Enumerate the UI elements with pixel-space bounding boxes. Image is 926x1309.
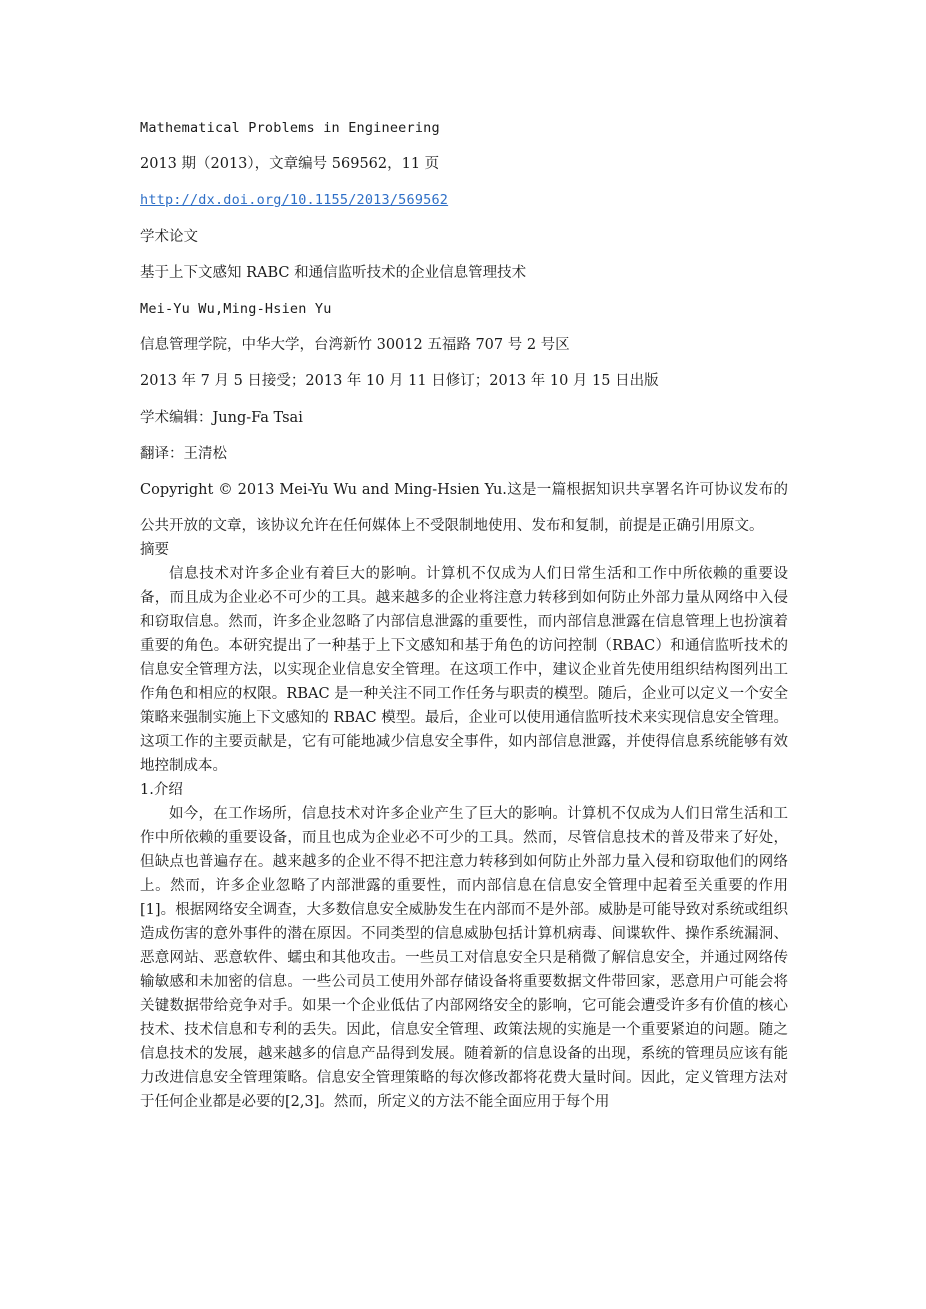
journal-name: Mathematical Problems in Engineering (140, 118, 788, 138)
issue-info: 2013 期（2013），文章编号 569562，11 页 (140, 154, 788, 174)
document-page: Mathematical Problems in Engineering 201… (140, 118, 788, 1114)
introduction-heading: 1.介绍 (140, 778, 788, 802)
introduction-body: 如今，在工作场所，信息技术对许多企业产生了巨大的影响。计算机不仅成为人们日常生活… (140, 802, 788, 1114)
copyright-notice: Copyright © 2013 Mei-Yu Wu and Ming-Hsie… (140, 472, 788, 545)
affiliation: 信息管理学院，中华大学，台湾新竹 30012 五福路 707 号 2 号区 (140, 335, 788, 355)
publication-dates: 2013 年 7 月 5 日接受；2013 年 10 月 11 日修订；2013… (140, 371, 788, 391)
authors: Mei-Yu Wu,Ming-Hsien Yu (140, 299, 788, 319)
article-title: 基于上下文感知 RABC 和通信监听技术的企业信息管理技术 (140, 263, 788, 283)
article-type: 学术论文 (140, 227, 788, 247)
academic-editor: 学术编辑：Jung-Fa Tsai (140, 408, 788, 428)
abstract-body: 信息技术对许多企业有着巨大的影响。计算机不仅成为人们日常生活和工作中所依赖的重要… (140, 562, 788, 778)
translator: 翻译：王清松 (140, 444, 788, 464)
doi-link[interactable]: http://dx.doi.org/10.1155/2013/569562 (140, 192, 448, 208)
